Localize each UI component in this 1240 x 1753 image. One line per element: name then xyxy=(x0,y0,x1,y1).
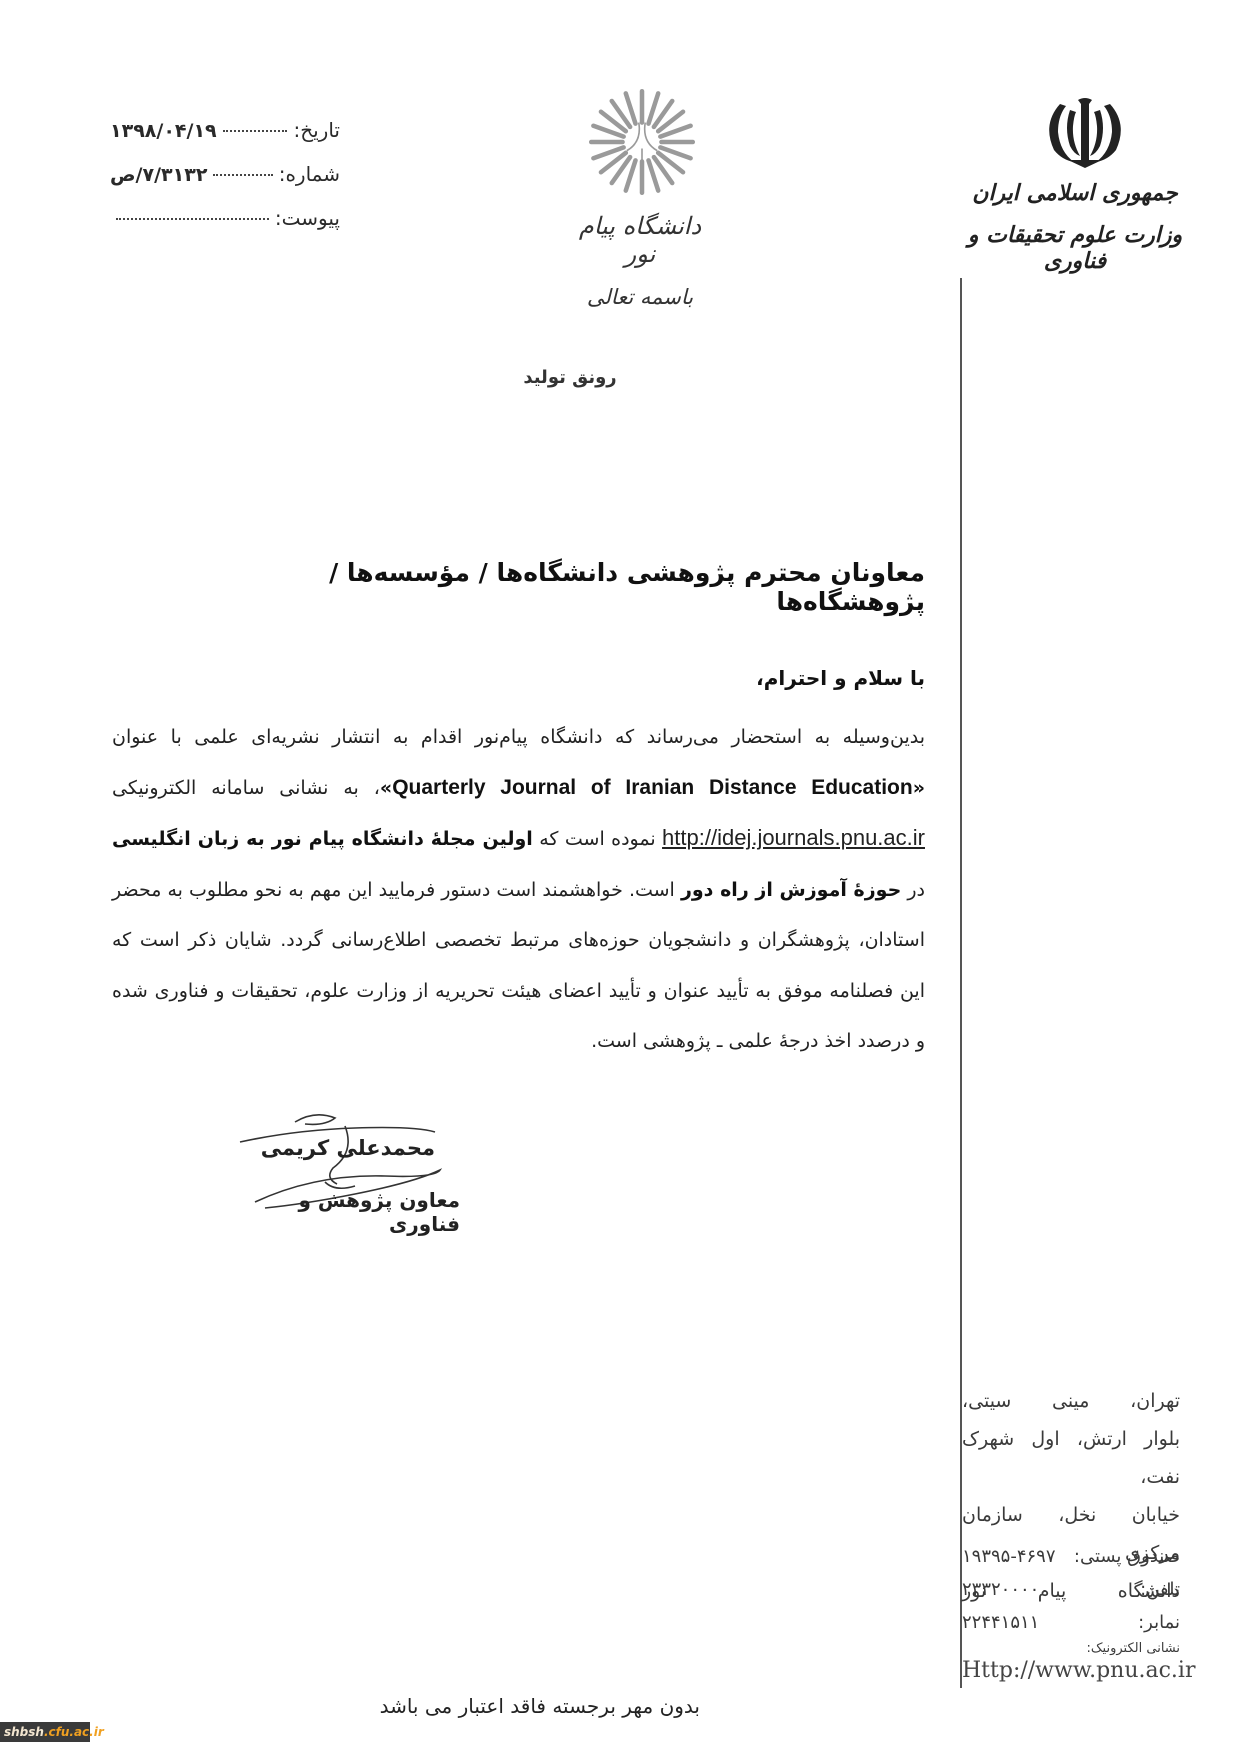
body-text-2: ، به نشانی سامانه الکترونیکی xyxy=(112,777,380,799)
quote-close: » xyxy=(380,777,392,799)
fax-value: ۲۲۴۴۱۵۱۱ xyxy=(962,1612,1039,1633)
quote-open: « xyxy=(913,777,925,799)
address-line: تهران، مینی سیتی، xyxy=(962,1382,1180,1420)
date-value: ۱۳۹۸/۰۴/۱۹ xyxy=(110,120,217,142)
phone-value: ۲۳۳۲۰۰۰۰ xyxy=(962,1579,1039,1600)
stamp-validity-note: بدون مهر برجسته فاقد اعتبار می باشد xyxy=(360,1694,700,1718)
watermark-part-2: .cfu.ac.ir xyxy=(44,1725,104,1739)
university-name: دانشگاه پیام نور xyxy=(560,212,720,268)
attachment-row: پیوست: xyxy=(110,206,340,250)
po-box-value: ۱۹۳۹۵-۴۶۹۷ xyxy=(962,1546,1056,1567)
body-bold-1: اولین مجلهٔ دانشگاه پیام نور به زبان انگ… xyxy=(112,828,533,850)
fax-row: نمابر: ۲۲۴۴۱۵۱۱ xyxy=(962,1606,1180,1639)
signatory-title: معاون پژوهش و فناوری xyxy=(250,1188,460,1236)
body-bold-2: حوزهٔ آموزش از راه دور xyxy=(681,879,901,901)
number-row: شماره: ۷/۳۱۳۲/ص xyxy=(110,162,340,206)
address-line: بلوار ارتش، اول شهرک نفت، xyxy=(962,1420,1180,1496)
website-link[interactable]: Http://www.pnu.ac.ir xyxy=(962,1658,1180,1683)
dotted-line xyxy=(213,174,272,176)
watermark-badge: shbsh.cfu.ac.ir xyxy=(0,1722,90,1742)
phone-row: تلفن: ۲۳۳۲۰۰۰۰ xyxy=(962,1573,1180,1606)
watermark-part-1: shbsh xyxy=(4,1725,44,1739)
po-box-label: صندوق پستی: xyxy=(1074,1546,1180,1567)
date-row: تاریخ: ۱۳۹۸/۰۴/۱۹ xyxy=(110,118,340,162)
dotted-line xyxy=(223,130,288,132)
addressee-heading: معاونان محترم پژوهشی دانشگاه‌ها / مؤسسه‌… xyxy=(320,558,925,616)
body-text-5: است. خواهشمند است دستور فرمایید این مهم … xyxy=(112,879,925,1053)
university-sunburst-logo-icon xyxy=(588,88,696,196)
attachment-label: پیوست: xyxy=(275,206,340,230)
emblem-line-1: جمهوری اسلامی ایران xyxy=(960,180,1190,206)
cc-line: رونق تولید xyxy=(470,367,670,388)
journal-url-link[interactable]: http://idej.journals.pnu.ac.ir xyxy=(662,825,925,850)
website-label: نشانی الکترونیک: xyxy=(962,1641,1180,1656)
body-text-3: نموده است که xyxy=(539,828,655,850)
body-text-1: بدین‌وسیله به استحضار می‌رساند که دانشگا… xyxy=(112,726,925,748)
signatory-name: محمدعلی کریمی xyxy=(250,1136,435,1160)
letter-body: بدین‌وسیله به استحضار می‌رساند که دانشگا… xyxy=(112,712,925,1067)
dotted-line xyxy=(116,218,269,220)
po-box-row: صندوق پستی: ۱۹۳۹۵-۴۶۹۷ xyxy=(962,1540,1180,1573)
greeting: با سلام و احترام، xyxy=(560,666,925,690)
number-value: ۷/۳۱۳۲/ص xyxy=(110,164,207,186)
iran-emblem-icon xyxy=(1040,94,1130,174)
date-label: تاریخ: xyxy=(293,118,340,142)
contact-block: صندوق پستی: ۱۹۳۹۵-۴۶۹۷ تلفن: ۲۳۳۲۰۰۰۰ نم… xyxy=(962,1540,1180,1683)
journal-title: Quarterly Journal of Iranian Distance Ed… xyxy=(392,776,913,799)
body-text-4: در xyxy=(907,879,925,901)
letter-meta: تاریخ: ۱۳۹۸/۰۴/۱۹ شماره: ۷/۳۱۳۲/ص پیوست: xyxy=(110,118,340,250)
emblem-line-2: وزارت علوم تحقیقات و فناوری xyxy=(960,222,1190,274)
phone-label: تلفن: xyxy=(1140,1579,1180,1600)
invocation: باسمه تعالی xyxy=(580,285,700,309)
fax-label: نمابر: xyxy=(1138,1612,1180,1633)
number-label: شماره: xyxy=(279,162,340,186)
